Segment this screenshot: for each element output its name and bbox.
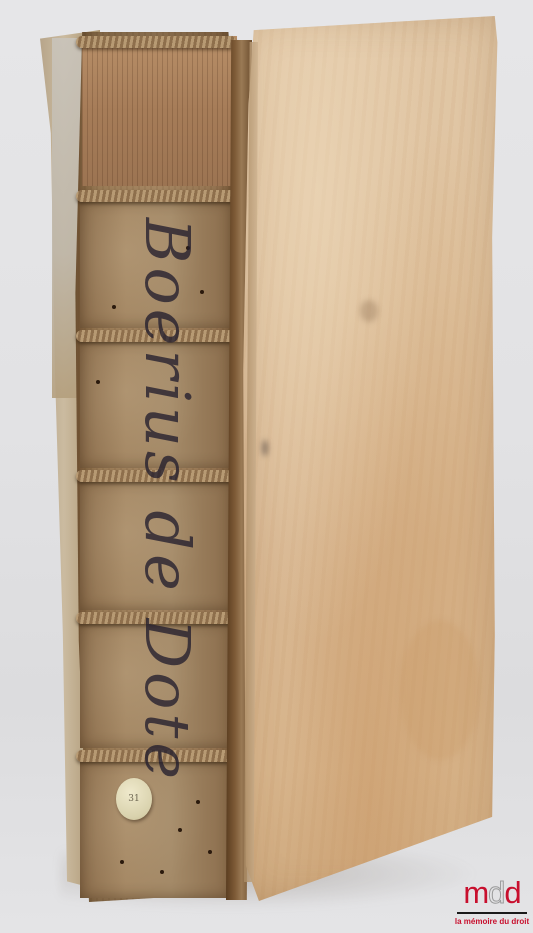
logo-letter-m: m xyxy=(463,877,488,908)
cover-stain xyxy=(360,300,378,322)
mdd-logo: m d d la mémoire du droit xyxy=(452,880,532,930)
wormhole xyxy=(120,860,124,864)
wormhole xyxy=(196,800,200,804)
logo-tagline: la mémoire du droit xyxy=(455,917,529,926)
logo-letter-d: d xyxy=(504,877,520,908)
shelf-label-sticker: 31 xyxy=(116,778,152,820)
wormhole xyxy=(160,870,164,874)
wormhole xyxy=(112,305,116,309)
logo-letter-d-outline: d xyxy=(488,877,504,908)
wormhole xyxy=(178,828,182,832)
spine-handwritten-title: Boerius de Dote xyxy=(138,200,198,800)
wormhole xyxy=(208,850,212,854)
cover-stain xyxy=(262,440,268,456)
wormhole xyxy=(96,380,100,384)
spine-head-frayed xyxy=(82,36,237,186)
book-photograph: Boerius de Dote 31 xyxy=(0,0,533,933)
cover-stain xyxy=(400,620,480,760)
raised-band xyxy=(76,36,236,48)
logo-mark: m d d xyxy=(463,880,520,908)
front-cover-vellum xyxy=(238,16,500,901)
logo-underline xyxy=(457,912,527,914)
